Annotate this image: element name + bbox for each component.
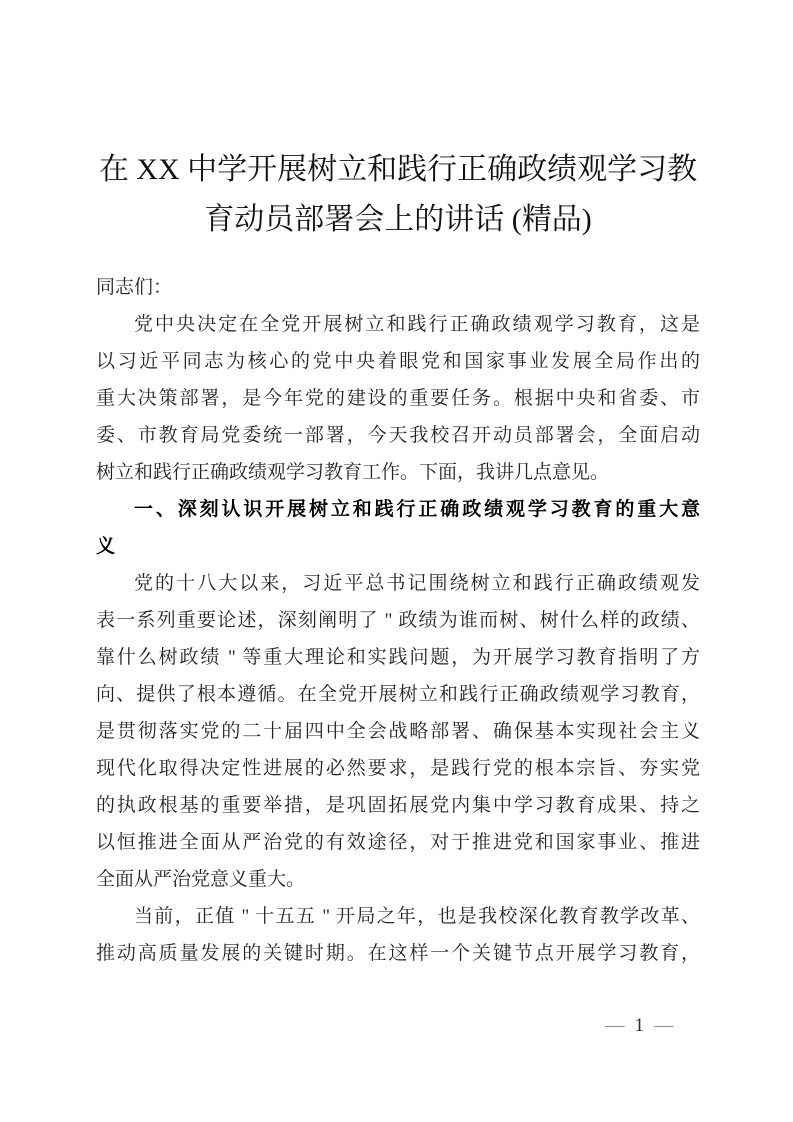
body-line: 当前，正值 " 十五五 " 开局之年，也是我校深化教育教学改革、: [96, 898, 700, 935]
document-title: 在 XX 中学开展树立和践行正确政绩观学习教 育动员部署会上的讲话 (精品): [96, 145, 700, 245]
page-footer: —1—: [606, 1014, 674, 1038]
title-line: 育动员部署会上的讲话 (精品): [96, 195, 700, 245]
body-line: 委、市教育局党委统一部署，今天我校召开动员部署会，全面启动: [96, 417, 700, 454]
footer-left-dash: —: [606, 1015, 625, 1036]
body-line: 树立和践行正确政绩观学习教育工作。下面，我讲几点意见。: [96, 454, 700, 491]
document-page: 在 XX 中学开展树立和践行正确政绩观学习教 育动员部署会上的讲话 (精品) 同…: [0, 0, 793, 1122]
footer-right-dash: —: [654, 1015, 673, 1036]
body-line: 党中央决定在全党开展树立和践行正确政绩观学习教育，这是: [96, 306, 700, 343]
page-number: 1: [635, 1015, 645, 1036]
body-line: 现代化取得决定性进展的必然要求，是践行党的根本宗旨、夯实党: [96, 750, 700, 787]
body-line: 以习近平同志为核心的党中央着眼党和国家事业发展全局作出的: [96, 343, 700, 380]
salutation: 同志们：: [96, 269, 700, 306]
body-line: 表一系列重要论述，深刻阐明了 " 政绩为谁而树、树什么样的政绩、: [96, 602, 700, 639]
body-line: 以恒推进全面从严治党的有效途径，对于推进党和国家事业、推进: [96, 824, 700, 861]
body-line: 的执政根基的重要举措，是巩固拓展党内集中学习教育成果、持之: [96, 787, 700, 824]
document-content: 在 XX 中学开展树立和践行正确政绩观学习教 育动员部署会上的讲话 (精品) 同…: [96, 145, 700, 972]
body-line: 靠什么树政绩 " 等重大理论和实践问题，为开展学习教育指明了方: [96, 639, 700, 676]
body-line: 推动高质量发展的关键时期。在这样一个关键节点开展学习教育，: [96, 935, 700, 972]
body-line: 是贯彻落实党的二十届四中全会战略部署、确保基本实现社会主义: [96, 713, 700, 750]
body-line: 党的十八大以来，习近平总书记围绕树立和践行正确政绩观发: [96, 565, 700, 602]
body-line: 向、提供了根本遵循。在全党开展树立和践行正确政绩观学习教育，: [96, 676, 700, 713]
title-line: 在 XX 中学开展树立和践行正确政绩观学习教: [96, 145, 700, 195]
section-heading-line: 一、深刻认识开展树立和践行正确政绩观学习教育的重大意: [96, 491, 700, 528]
body-line: 全面从严治党意义重大。: [96, 861, 700, 898]
body-line: 重大决策部署，是今年党的建设的重要任务。根据中央和省委、市: [96, 380, 700, 417]
section-heading-line: 义: [96, 528, 700, 565]
